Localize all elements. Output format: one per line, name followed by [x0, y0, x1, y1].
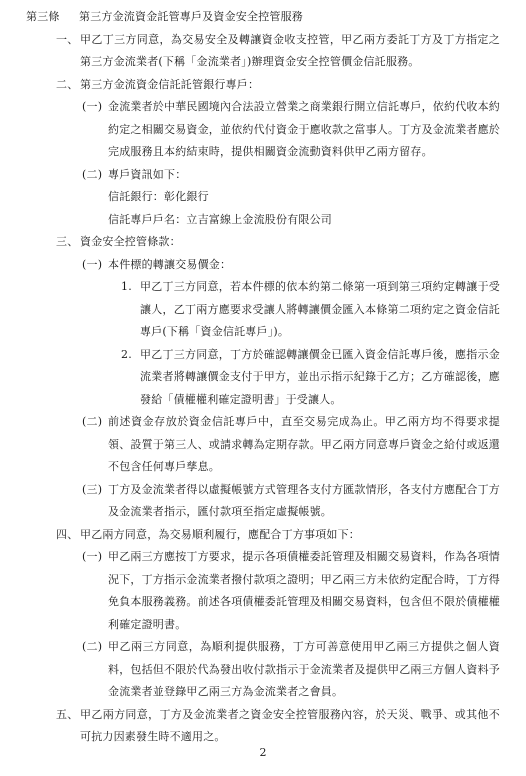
paragraph-text: 專戶資訊如下：: [108, 168, 186, 181]
paragraph-text: 甲乙丁三方同意，為交易安全及轉讓資金收支控管，甲乙兩方委託丁方及丁方指定之第三方…: [80, 33, 500, 69]
paragraph-label: 五、: [56, 704, 78, 727]
paragraph-text: 資金安全控管條款：: [80, 235, 181, 248]
paragraph-label: (二): [82, 636, 102, 659]
paragraph-label: 四、: [56, 524, 78, 547]
paragraph-label: (一): [82, 96, 102, 119]
paragraph: (三)丁方及金流業者得以虛擬帳號方式管理各支付方匯款情形，各支付方應配合丁方及金…: [108, 479, 500, 524]
paragraph-text: 甲乙兩三方同意，為順利提供服務，丁方可善意使用甲乙兩三方提供之個人資料，包括但不…: [108, 640, 500, 698]
paragraph: 信託銀行：彰化銀行: [108, 186, 500, 209]
paragraph-label: 一、: [56, 29, 78, 52]
paragraph-text: 甲乙兩方同意，丁方及金流業者之資金安全控管服務內容，於天災、戰爭、或其他不可抗力…: [80, 708, 500, 744]
paragraph-label: 三、: [56, 231, 78, 254]
paragraph-text: 金流業者於中華民國境內合法設立營業之商業銀行開立信託專戶，依約代收本約約定之相關…: [108, 100, 500, 158]
paragraph: (二)專戶資訊如下：: [108, 164, 500, 187]
paragraph: (二)前述資金存放於資金信託專戶中，直至交易完成為止。甲乙兩方均不得要求提領、設…: [108, 411, 500, 479]
paragraph-label: (二): [82, 164, 102, 187]
paragraph-text: 丁方及金流業者得以虛擬帳號方式管理各支付方匯款情形，各支付方應配合丁方及金流業者…: [108, 483, 500, 519]
paragraph: (一)甲乙兩三方應按丁方要求，提示各項債權委託管理及相關交易資料，作為各項情況下…: [108, 546, 500, 636]
paragraph: 第三條第三方金流資金託管專戶及資金安全控管服務: [79, 6, 500, 29]
paragraph-label: 第三條: [26, 6, 60, 29]
paragraph: 三、資金安全控管條款：: [80, 231, 500, 254]
paragraph: 一、甲乙丁三方同意，為交易安全及轉讓資金收支控管，甲乙兩方委託丁方及丁方指定之第…: [80, 29, 500, 74]
paragraph-text: 甲乙丁三方同意，丁方於確認轉讓價金已匯入資金信託專戶後，應指示金流業者將轉讓價金…: [140, 348, 500, 406]
paragraph: 2.甲乙丁三方同意，丁方於確認轉讓價金已匯入資金信託專戶後，應指示金流業者將轉讓…: [140, 344, 500, 412]
paragraph-label: (一): [82, 254, 102, 277]
paragraph-label: (三): [82, 479, 102, 502]
paragraph: (二)甲乙兩三方同意，為順利提供服務，丁方可善意使用甲乙兩三方提供之個人資料，包…: [108, 636, 500, 704]
paragraph-text: 信託銀行：彰化銀行: [108, 190, 209, 203]
paragraph: 二、第三方金流資金信託託管銀行專戶：: [80, 74, 500, 97]
paragraph: 1.甲乙丁三方同意，若本件標的依本約第二條第一項到第三項約定轉讓于受讓人，乙丁兩…: [140, 276, 500, 344]
paragraph-text: 前述資金存放於資金信託專戶中，直至交易完成為止。甲乙兩方均不得要求提領、設質于第…: [108, 415, 500, 473]
contract-page: 第三條第三方金流資金託管專戶及資金安全控管服務一、甲乙丁三方同意，為交易安全及轉…: [0, 0, 526, 776]
paragraph: 四、甲乙兩方同意，為交易順利履行，應配合丁方事項如下：: [80, 524, 500, 547]
paragraph-text: 信託專戶戶名：立吉富線上金流股份有限公司: [108, 213, 332, 226]
paragraph-text: 第三方金流資金託管專戶及資金安全控管服務: [79, 10, 303, 23]
paragraph-text: 甲乙丁三方同意，若本件標的依本約第二條第一項到第三項約定轉讓于受讓人，乙丁兩方應…: [140, 280, 500, 338]
paragraph: 五、甲乙兩方同意，丁方及金流業者之資金安全控管服務內容，於天災、戰爭、或其他不可…: [80, 704, 500, 749]
paragraph-label: (一): [82, 546, 102, 569]
paragraph-label: 2.: [121, 344, 132, 367]
paragraph-text: 本件標的轉讓交易價金：: [108, 258, 231, 271]
paragraph-label: 二、: [56, 74, 78, 97]
paragraph: 信託專戶戶名：立吉富線上金流股份有限公司: [108, 209, 500, 232]
paragraph-label: 1.: [121, 276, 132, 299]
document-body: 第三條第三方金流資金託管專戶及資金安全控管服務一、甲乙丁三方同意，為交易安全及轉…: [0, 6, 526, 749]
paragraph-text: 第三方金流資金信託託管銀行專戶：: [80, 78, 259, 91]
paragraph-text: 甲乙兩三方應按丁方要求，提示各項債權委託管理及相關交易資料，作為各項情況下，丁方…: [108, 550, 500, 631]
paragraph: (一)金流業者於中華民國境內合法設立營業之商業銀行開立信託專戶，依約代收本約約定…: [108, 96, 500, 164]
paragraph-text: 甲乙兩方同意，為交易順利履行，應配合丁方事項如下：: [80, 528, 360, 541]
paragraph-label: (二): [82, 411, 102, 434]
paragraph: (一)本件標的轉讓交易價金：: [108, 254, 500, 277]
page-number: 2: [0, 746, 526, 760]
